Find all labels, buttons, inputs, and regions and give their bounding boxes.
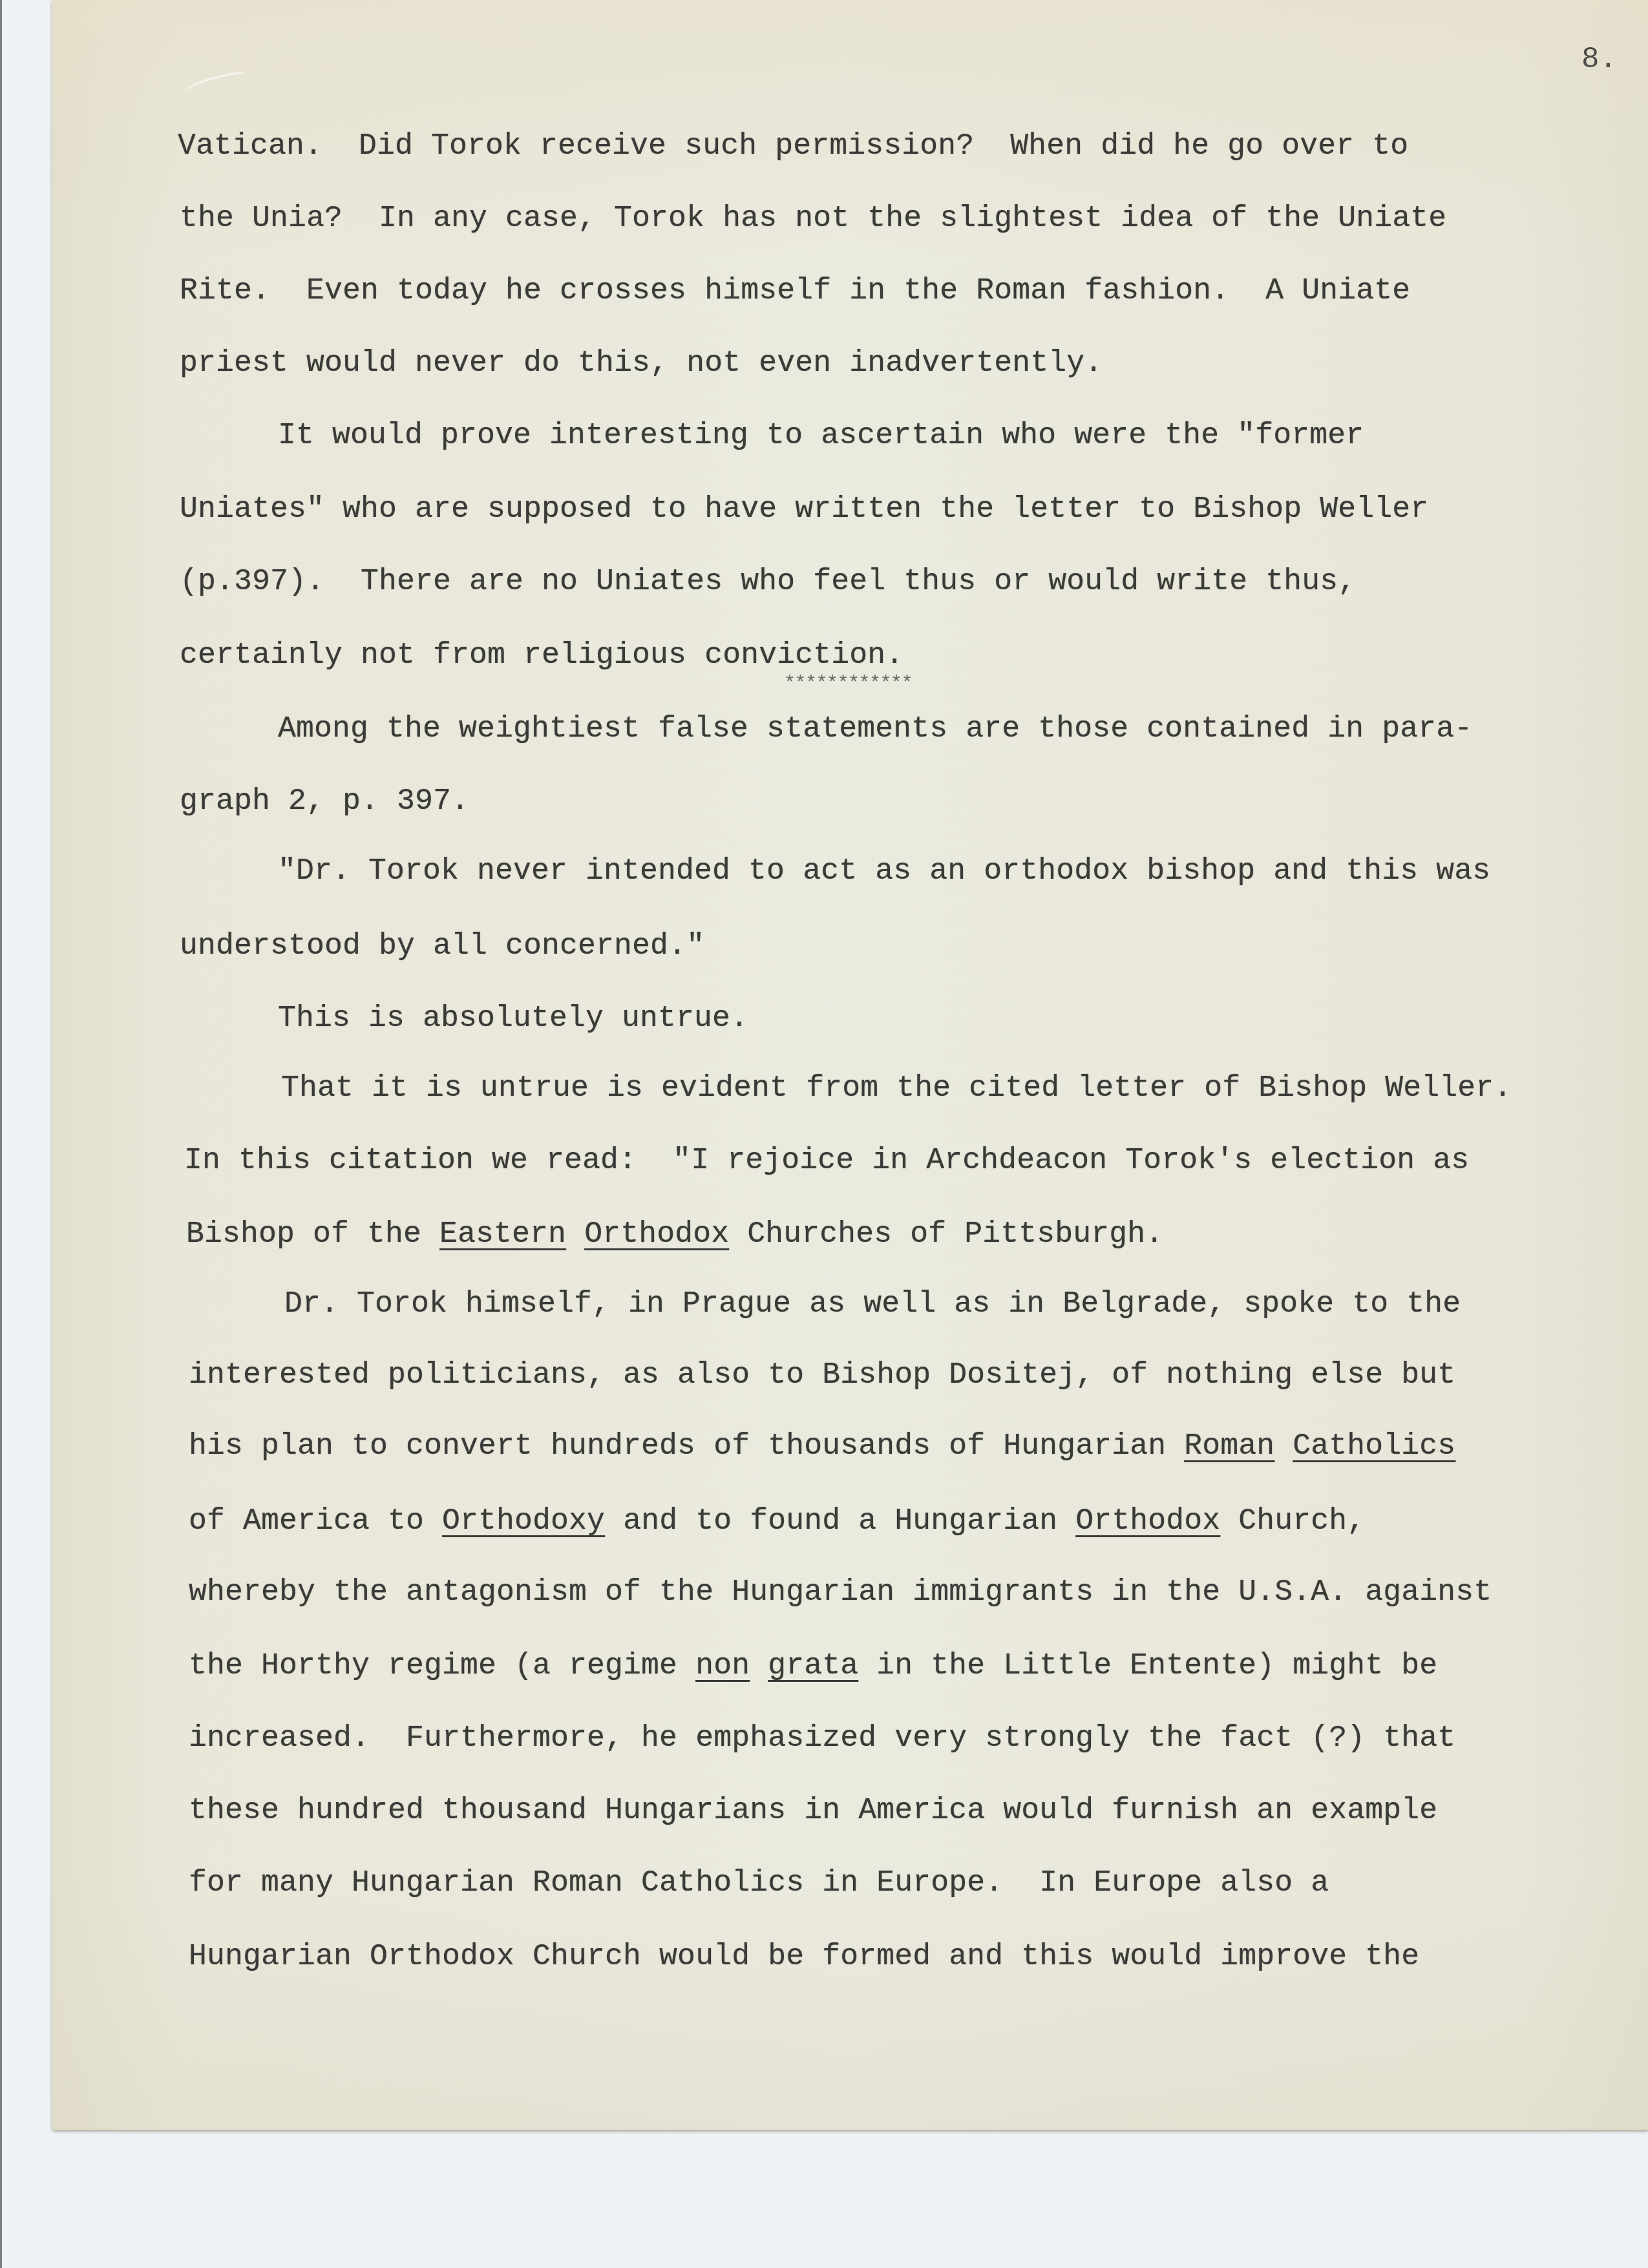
text-line: his plan to convert hundreds of thousand… — [189, 1428, 1455, 1464]
text-segment: Among the weightiest false statements ar… — [278, 711, 1472, 746]
text-line: of America to Orthodoxy and to found a H… — [189, 1503, 1365, 1539]
text-segment: Church, — [1220, 1504, 1365, 1538]
text-line: priest would never do this, not even ina… — [180, 345, 1103, 381]
text-segment: understood by all concerned." — [180, 929, 704, 963]
underlined-word: Orthodox — [1075, 1504, 1220, 1538]
paragraph-first-line: It would prove interesting to ascertain … — [278, 417, 1364, 454]
text-segment: for many Hungarian Roman Catholics in Eu… — [189, 1865, 1329, 1900]
text-line: Hungarian Orthodox Church would be forme… — [189, 1938, 1419, 1975]
scanner-edge — [0, 0, 2, 2268]
text-line: these hundred thousand Hungarians in Ame… — [189, 1792, 1437, 1829]
paragraph-first-line: "Dr. Torok never intended to act as an o… — [278, 853, 1490, 889]
text-segment: interested politicians, as also to Bisho… — [189, 1358, 1455, 1392]
text-segment: That it is untrue is evident from the ci… — [281, 1071, 1512, 1105]
paper-tear-mark — [183, 68, 249, 100]
text-line: Uniates" who are supposed to have writte… — [180, 491, 1428, 527]
text-line: whereby the antagonism of the Hungarian … — [189, 1574, 1492, 1610]
text-segment: (p.397). There are no Uniates who feel t… — [180, 564, 1356, 598]
underlined-word: Roman — [1184, 1429, 1274, 1463]
text-segment: his plan to convert hundreds of thousand… — [189, 1429, 1184, 1463]
text-segment: of America to — [189, 1504, 442, 1538]
text-segment: This is absolutely untrue. — [278, 1001, 748, 1035]
underlined-word: Catholics — [1293, 1429, 1455, 1463]
page-number: 8. — [1581, 43, 1617, 76]
text-segment: Vatican. Did Torok receive such permissi… — [178, 129, 1408, 163]
text-line: graph 2, p. 397. — [180, 783, 469, 819]
text-line: Rite. Even today he crosses himself in t… — [180, 273, 1410, 309]
underlined-word: Orthodox — [584, 1217, 729, 1251]
text-segment: Uniates" who are supposed to have writte… — [180, 492, 1428, 526]
text-line: Bishop of the Eastern Orthodox Churches … — [186, 1216, 1163, 1252]
text-segment: graph 2, p. 397. — [180, 784, 469, 818]
asterisk-divider: ************ — [784, 673, 912, 695]
text-segment: certainly not from religious conviction. — [180, 638, 903, 672]
text-line: understood by all concerned." — [180, 928, 704, 964]
text-segment: priest would never do this, not even ina… — [180, 346, 1103, 380]
text-segment: "Dr. Torok never intended to act as an o… — [278, 854, 1490, 888]
text-segment — [750, 1648, 768, 1683]
text-segment: whereby the antagonism of the Hungarian … — [189, 1575, 1492, 1609]
text-segment: the Horthy regime (a regime — [189, 1648, 695, 1683]
text-segment: It would prove interesting to ascertain … — [278, 418, 1364, 452]
text-segment: increased. Furthermore, he emphasized ve… — [189, 1721, 1455, 1755]
underlined-word: Eastern — [439, 1217, 566, 1251]
text-segment: Dr. Torok himself, in Prague as well as … — [284, 1286, 1461, 1321]
underlined-word: grata — [768, 1648, 858, 1683]
text-line: the Horthy regime (a regime non grata in… — [189, 1648, 1437, 1684]
text-segment: these hundred thousand Hungarians in Ame… — [189, 1793, 1437, 1827]
text-line: certainly not from religious conviction. — [180, 637, 903, 673]
text-line: increased. Furthermore, he emphasized ve… — [189, 1720, 1455, 1756]
text-line: for many Hungarian Roman Catholics in Eu… — [189, 1865, 1329, 1901]
paragraph-first-line: Dr. Torok himself, in Prague as well as … — [284, 1286, 1461, 1322]
text-line: Vatican. Did Torok receive such permissi… — [178, 128, 1408, 164]
text-segment: In this citation we read: "I rejoice in … — [184, 1143, 1469, 1177]
text-segment: Rite. Even today he crosses himself in t… — [180, 273, 1410, 308]
text-segment: Bishop of the — [186, 1217, 439, 1251]
underlined-word: Orthodoxy — [442, 1504, 605, 1538]
paragraph-first-line: This is absolutely untrue. — [278, 1000, 748, 1036]
paragraph-first-line: Among the weightiest false statements ar… — [278, 711, 1472, 747]
text-line: the Unia? In any case, Torok has not the… — [180, 200, 1446, 236]
text-segment: the Unia? In any case, Torok has not the… — [180, 201, 1446, 235]
underlined-word: non — [695, 1648, 750, 1683]
text-segment: Hungarian Orthodox Church would be forme… — [189, 1939, 1419, 1973]
text-segment — [1274, 1429, 1293, 1463]
text-line: interested politicians, as also to Bisho… — [189, 1357, 1455, 1393]
paragraph-first-line: That it is untrue is evident from the ci… — [281, 1070, 1512, 1106]
text-segment: Churches of Pittsburgh. — [729, 1217, 1163, 1251]
text-line: (p.397). There are no Uniates who feel t… — [180, 563, 1356, 600]
text-segment: in the Little Entente) might be — [858, 1648, 1437, 1683]
text-segment: and to found a Hungarian — [605, 1504, 1075, 1538]
text-segment — [566, 1217, 584, 1251]
text-line: In this citation we read: "I rejoice in … — [184, 1142, 1469, 1179]
